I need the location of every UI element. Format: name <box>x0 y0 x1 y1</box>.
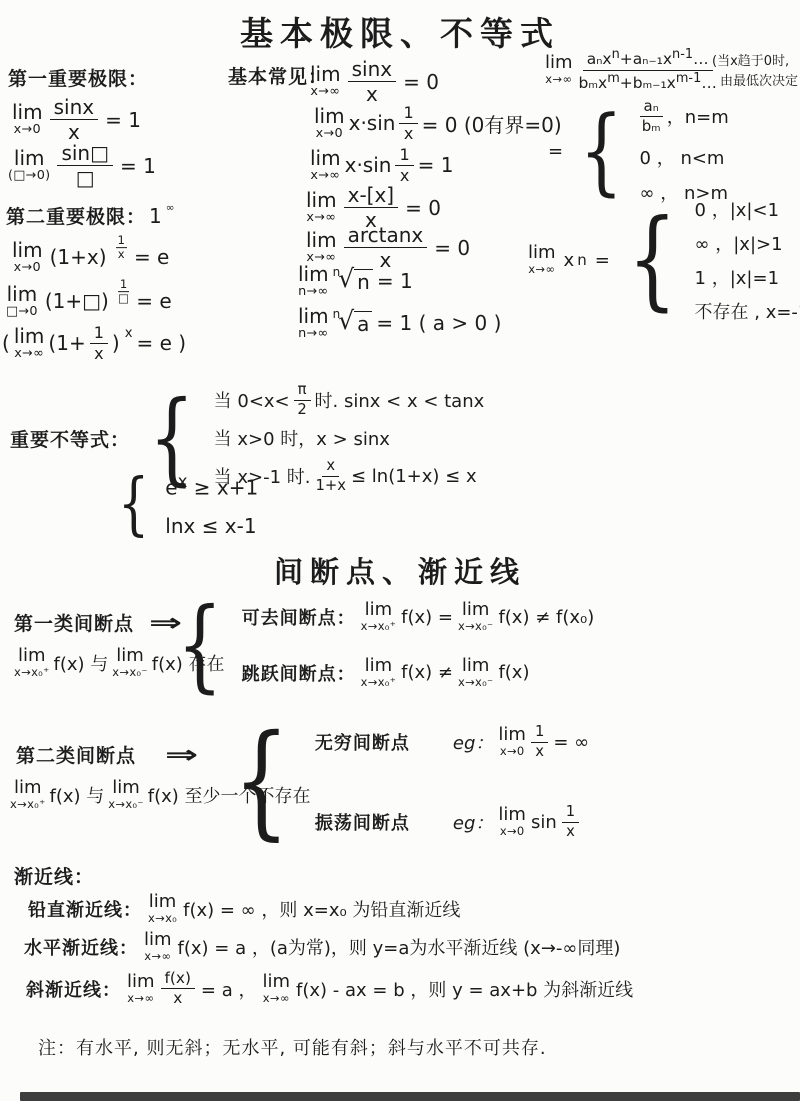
num-part: aₙx <box>587 50 612 68</box>
fraction-denominator: bₘ <box>642 117 661 135</box>
inequality-text: 当 0<x< <box>214 387 290 413</box>
handwritten-notes-page: { "titles": { "main": "基本极限、不等式", "secon… <box>0 0 800 1101</box>
lim-word: lim <box>112 779 140 797</box>
radicand: n <box>354 269 373 294</box>
case-mid: f(x) ≠ <box>401 662 453 683</box>
radicand: a <box>354 311 372 336</box>
limit-operator: limx→0 <box>12 102 43 137</box>
infinite-discontinuity: 无穷间断点 eg： limx→0 1x = ∞ <box>315 724 589 760</box>
lim-subscript: x→∞ <box>127 993 154 1005</box>
fraction-numerator: f(x) <box>161 970 195 989</box>
asymptote-label: 铅直渐近线： <box>28 896 142 922</box>
lim-subscript: x→x₀⁻ <box>108 799 143 811</box>
lim-subscript: x→∞ <box>528 264 555 276</box>
exp-rhs: ≥ x+1 <box>194 476 258 500</box>
inequality-text: ≤ ln(1+x) ≤ x <box>351 466 477 487</box>
fraction-numerator: x <box>322 458 339 477</box>
lim-subscript: x→∞ <box>144 951 171 963</box>
eg-label: eg： <box>453 729 494 755</box>
radical-sign: √ <box>338 266 354 291</box>
open-paren: ( <box>2 331 10 355</box>
formula-1-plus-box-pow: lim□→0 (1+□)1□ = e <box>6 284 172 319</box>
lim-word: lim <box>12 240 43 260</box>
first-type-label: 第一类间断点 <box>14 609 134 636</box>
brace-symbol: { <box>580 109 624 195</box>
lim-subscript: x→∞ <box>263 993 290 1005</box>
lim-subscript: n→∞ <box>298 286 328 299</box>
formula-sinx-over-x-inf: limx→∞ sinxx = 0 <box>310 58 439 106</box>
expression-base: (1+x) <box>50 245 107 269</box>
lim-subscript: x→x₀⁺ <box>361 621 396 633</box>
condition-text: f(x) 与 <box>53 650 108 676</box>
lim-word: lim <box>18 647 46 665</box>
root-index: n <box>333 265 341 279</box>
vertical-asymptote-line: 铅直渐近线： limx→x₀ f(x) = ∞ ，则 x=x₀ 为铅直渐近线 <box>28 893 460 925</box>
case-abs-gt-1: ∞ ，|x|>1 <box>695 230 800 256</box>
margin-note-line1: (当x趋于0时, <box>712 52 800 72</box>
limit-operator: limx→∞ <box>144 931 172 963</box>
fraction: π2 <box>294 382 311 418</box>
equals-sign: = <box>548 141 563 162</box>
limit-operator: limx→∞ <box>262 973 290 1005</box>
num-exp: n <box>612 47 620 62</box>
asymptote-label: 斜渐近线： <box>26 976 121 1002</box>
num-part: … <box>693 50 709 68</box>
lim-subscript: x→∞ <box>310 170 340 183</box>
nth-root: n√a <box>333 311 373 336</box>
fraction-numerator: sinx <box>50 96 99 120</box>
fraction-denominator: x <box>566 823 575 841</box>
fraction: 1x <box>90 324 108 363</box>
limit-operator: limx→x₀⁻ <box>108 779 143 811</box>
oscillating-discontinuity: 振荡间断点 eg： limx→0 sin 1x <box>315 804 589 840</box>
equals-result: = 1 <box>377 269 413 293</box>
lim-subscript: x→x₀⁺ <box>361 677 396 689</box>
formula-x-pow-n-limit: limx→∞ xn = { 0 ，|x|<1 ∞ ，|x|>1 1 ，|x|=1… <box>528 196 800 324</box>
lim-subscript: x→0 <box>14 262 41 275</box>
fraction-denominator: 1+x <box>316 477 346 495</box>
limit-operator: limx→x₀⁺ <box>14 647 49 679</box>
inequality-exp: ex ≥ x+1 <box>165 472 258 500</box>
formula-1-plus-x-pow: limx→0 (1+x)1x = e <box>12 240 169 275</box>
implies-arrow-icon: ⇒ <box>165 740 199 769</box>
fraction: sinxx <box>348 58 397 106</box>
lim-subscript: □→0 <box>6 306 38 319</box>
fraction-numerator: sin□ <box>57 142 113 166</box>
fraction: 1x <box>399 104 417 143</box>
limit-operator: limx→0 <box>498 726 526 758</box>
section-title-discontinuity: 间断点、渐近线 <box>0 550 800 591</box>
lim-word: lim <box>116 647 144 665</box>
fraction-numerator: 1 <box>395 146 413 166</box>
lim-subscript: x→∞ <box>545 74 572 86</box>
expression-pre: (1+ <box>48 331 85 355</box>
section-label: 第二重要极限： <box>6 202 146 229</box>
brace-symbol: { <box>233 726 290 838</box>
den-part: bₘx <box>579 74 608 92</box>
case-n-less-m: 0 ， n<m <box>640 144 729 170</box>
asymptote-text: f(x) = ∞ ，则 x=x₀ 为铅直渐近线 <box>183 896 460 922</box>
lim-subscript: n→∞ <box>298 328 328 341</box>
fraction-denominator: bₘxm+bₘ₋₁xm-1… <box>579 71 717 93</box>
lim-word: lim <box>310 148 341 168</box>
lim-subscript: x→0 <box>14 124 41 137</box>
equals-result: = 1 <box>120 154 156 178</box>
fraction: 1x <box>395 146 413 185</box>
one-to-infinity-base: 1 <box>149 204 162 228</box>
lim-word: lim <box>144 931 172 949</box>
fraction-denominator: x <box>94 344 103 363</box>
limit-operator: limn→∞ <box>298 264 329 299</box>
fraction-numerator: arctanx <box>344 224 428 248</box>
num-exp: n-1 <box>672 47 693 62</box>
fraction-numerator: aₙxn+aₙ₋₁xn-1… <box>583 48 713 71</box>
brace-symbol: { <box>149 393 195 483</box>
fraction: aₙxn+aₙ₋₁xn-1… bₘxm+bₘ₋₁xm-1… <box>579 48 717 92</box>
fraction: sinxx <box>50 96 99 144</box>
asymptote-text: f(x) = a ，(a为常)，则 y=a为水平渐近线 (x→-∞同理) <box>178 934 621 960</box>
exp-numerator: 1 <box>116 234 127 249</box>
exponent-fraction: 1□ <box>118 278 129 306</box>
equals-result: = 0 <box>405 196 441 220</box>
margin-note-line2: 由最低次决定 <box>712 72 800 92</box>
nth-root: n√n <box>333 269 373 294</box>
exp-base: e <box>165 476 177 500</box>
asymptote-mid: = a ， <box>201 976 257 1002</box>
section-second-important-limit: 第二重要极限： 1∞ <box>6 202 175 229</box>
case-condition: ，n=m <box>667 103 729 129</box>
limit-operator: limx→∞ <box>14 326 45 361</box>
asymptote-text: f(x) - ax = b ，则 y = ax+b 为斜渐近线 <box>296 976 633 1002</box>
inequality-ln: lnx ≤ x-1 <box>165 514 258 538</box>
limit-operator: limx→∞ <box>310 64 341 99</box>
fraction-numerator: 1 <box>90 324 108 344</box>
oblique-asymptote-line: 斜渐近线： limx→∞ f(x)x = a ， limx→∞ f(x) - a… <box>26 970 633 1007</box>
horizontal-asymptote-line: 水平渐近线： limx→∞ f(x) = a ，(a为常)，则 y=a为水平渐近… <box>24 931 620 963</box>
formula-nth-root-n: limn→∞ n√n = 1 <box>298 264 413 299</box>
num-part: +aₙ₋₁x <box>620 50 672 68</box>
case-tail: f(x) <box>498 662 529 683</box>
case-abs-lt-1: 0 ，|x|<1 <box>695 196 800 222</box>
case-mid: f(x) = <box>401 607 453 628</box>
limit-operator: lim□→0 <box>6 284 38 319</box>
exp-denominator: x <box>118 249 125 262</box>
exponent-fraction: 1x <box>116 234 127 262</box>
case-not-exist: 不存在 , x=-1 <box>695 298 800 324</box>
equals-result: = 0 <box>434 236 470 260</box>
limit-operator: limx→∞ <box>306 190 337 225</box>
eg-label: eg： <box>453 809 494 835</box>
lim-word: lim <box>365 657 393 675</box>
lim-word: lim <box>310 64 341 84</box>
equals-result: = 0 (0有界=0) <box>422 109 562 138</box>
limit-operator: limx→x₀⁺ <box>361 657 396 689</box>
one-to-infinity-sup: ∞ <box>166 202 175 214</box>
root-index: n <box>333 307 341 321</box>
inequality-group-2: { ex ≥ x+1 lnx ≤ x-1 <box>112 472 258 538</box>
expression-base: (1+□) <box>45 289 109 313</box>
equals-result: = 0 <box>403 70 439 94</box>
fraction-numerator: 1 <box>399 104 417 124</box>
lim-word: lim <box>298 306 329 326</box>
case-label: 无穷间断点 <box>315 729 410 755</box>
margin-note: (当x趋于0时, 由最低次决定 <box>712 52 800 91</box>
lim-word: lim <box>14 779 42 797</box>
fraction: x1+x <box>316 458 346 494</box>
exp-sup: x <box>178 472 188 491</box>
lim-subscript: x→x₀⁻ <box>458 677 493 689</box>
scan-edge-bar <box>20 1092 800 1101</box>
equals-result: = 1 ( a > 0 ) <box>376 311 501 335</box>
fraction-denominator: x <box>173 989 182 1007</box>
lim-subscript: x→x₀ <box>148 913 177 925</box>
fraction-numerator: sinx <box>348 58 397 82</box>
lim-word: lim <box>498 806 526 824</box>
limit-operator: limx→x₀⁺ <box>10 779 45 811</box>
lim-word: lim <box>14 326 45 346</box>
inequality-line-1: 当 0<x< π2 时. sinx < x < tanx <box>214 382 485 418</box>
lim-word: lim <box>498 726 526 744</box>
lim-word: lim <box>262 973 290 991</box>
fraction: f(x)x <box>161 970 195 1007</box>
case-n-equals-m: aₙbₘ ，n=m <box>640 98 729 135</box>
expression-pre: x·sin <box>345 153 392 177</box>
formula-sinx-over-x: limx→0 sinxx = 1 <box>12 96 141 144</box>
limit-operator: limx→∞ <box>545 54 573 86</box>
lim-word: lim <box>306 230 337 250</box>
second-type-cases: { 无穷间断点 eg： limx→0 1x = ∞ 振荡间断点 eg： limx… <box>222 724 589 840</box>
asymptote-label: 水平渐近线： <box>24 934 138 960</box>
limit-operator: limx→0 <box>498 806 526 838</box>
den-exp: m-1 <box>676 71 701 86</box>
expression-pre: x·sin <box>349 111 396 135</box>
second-type-label: 第二类间断点 <box>16 741 136 768</box>
limit-operator: limx→x₀⁻ <box>112 647 147 679</box>
case-tail: f(x) ≠ f(x₀) <box>498 607 594 628</box>
lim-word: lim <box>365 601 393 619</box>
first-type-cases: { 可去间断点： limx→x₀⁺ f(x) = limx→x₀⁻ f(x) ≠… <box>168 600 594 690</box>
limit-operator: limx→∞ <box>127 973 155 1005</box>
case-label: 振荡间断点 <box>315 809 410 835</box>
lim-subscript: x→0 <box>500 826 525 838</box>
lim-word: lim <box>306 190 337 210</box>
expression-base: x <box>564 250 575 271</box>
den-part: +bₘ₋₁x <box>620 74 676 92</box>
lim-word: lim <box>12 102 43 122</box>
lim-subscript: x→x₀⁺ <box>14 667 49 679</box>
den-exp: m <box>607 71 620 86</box>
case-label: 可去间断点： <box>242 604 356 630</box>
brace-symbol: { <box>627 211 676 308</box>
expression-exp: n <box>577 251 587 269</box>
formula-rational-limit: limx→∞ aₙxn+aₙ₋₁xn-1… bₘxm+bₘ₋₁xm-1… <box>545 48 717 92</box>
limit-operator: limx→x₀⁻ <box>458 657 493 689</box>
lim-word: lim <box>545 54 573 72</box>
fraction: aₙbₘ <box>640 98 663 135</box>
limit-operator: limx→0 <box>12 240 43 275</box>
lim-subscript: x→x₀⁻ <box>458 621 493 633</box>
brace-symbol: { <box>177 600 223 690</box>
formula-x-sin-1-over-x-at-inf: limx→∞ x·sin 1x = 1 <box>310 146 454 185</box>
lim-word: lim <box>462 601 490 619</box>
lim-word: lim <box>298 264 329 284</box>
limit-operator: limx→∞ <box>528 244 556 276</box>
lim-subscript: x→0 <box>500 746 525 758</box>
limit-operator: limx→x₀ <box>148 893 177 925</box>
fraction-denominator: □ <box>76 166 95 189</box>
equals-result: = 1 <box>418 153 454 177</box>
jump-discontinuity: 跳跃间断点： limx→x₀⁺ f(x) ≠ limx→x₀⁻ f(x) <box>242 657 595 689</box>
limit-operator: limx→∞ <box>310 148 341 183</box>
exp-numerator: 1 <box>118 278 129 293</box>
lim-word: lim <box>14 148 45 168</box>
fraction-denominator: x <box>366 82 378 105</box>
lim-word: lim <box>528 244 556 262</box>
equals-result: = e <box>136 289 171 313</box>
case-abs-eq-1: 1 ，|x|=1 <box>695 264 800 290</box>
lim-subscript: x→x₀⁻ <box>112 667 147 679</box>
fraction-denominator: 2 <box>297 401 306 419</box>
formula-sin-box-over-box: lim(□→0) sin□□ = 1 <box>8 142 156 190</box>
limit-operator: lim(□→0) <box>8 148 50 183</box>
condition-text: f(x) 与 <box>49 782 104 808</box>
brace-symbol: { <box>118 474 149 535</box>
fraction: 1x <box>531 724 548 760</box>
section-first-important-limit: 第一重要极限： <box>8 64 148 91</box>
lim-subscript: x→0 <box>316 128 343 141</box>
fraction-denominator: x <box>404 124 413 143</box>
radical-sign: √ <box>338 308 354 333</box>
lim-subscript: x→∞ <box>14 348 44 361</box>
lim-word: lim <box>462 657 490 675</box>
limit-operator: limx→0 <box>314 106 345 141</box>
rational-limit-cases: = { aₙbₘ ，n=m 0 ， n<m ∞ ， n>m <box>548 98 729 205</box>
equals-sign: = <box>595 250 610 271</box>
fraction-denominator: x <box>400 166 409 185</box>
fraction-numerator: 1 <box>562 804 579 823</box>
removable-discontinuity: 可去间断点： limx→x₀⁺ f(x) = limx→x₀⁻ f(x) ≠ f… <box>242 601 595 633</box>
inequality-line-2: 当 x>0 时，x > sinx <box>214 425 485 451</box>
limit-operator: limx→x₀⁻ <box>458 601 493 633</box>
equals-result: = e <box>134 245 169 269</box>
lim-subscript: x→∞ <box>310 86 340 99</box>
formula-e-limit-paren: ( limx→∞ (1+1x)x = e ) <box>2 324 186 363</box>
lim-word: lim <box>7 284 38 304</box>
limit-operator: limx→x₀⁺ <box>361 601 396 633</box>
equals-result: = 1 <box>105 108 141 132</box>
footnote: 注：有水平, 则无斜；无水平, 可能有斜；斜与水平不可共存. <box>38 1034 547 1060</box>
limit-operator: limn→∞ <box>298 306 329 341</box>
lim-word: lim <box>127 973 155 991</box>
case-label: 跳跃间断点： <box>242 660 356 686</box>
exponent-x: x <box>125 326 133 341</box>
expression-pre: sin <box>531 812 557 833</box>
lim-word: lim <box>149 893 177 911</box>
limit-operator: limx→∞ <box>306 230 337 265</box>
fraction-denominator: x <box>535 743 544 761</box>
equals-result: = e ) <box>137 331 187 355</box>
formula-nth-root-a: limn→∞ n√a = 1 ( a > 0 ) <box>298 306 501 341</box>
lim-subscript: (□→0) <box>8 170 50 183</box>
exp-denominator: □ <box>118 293 129 306</box>
lim-subscript: x→x₀⁺ <box>10 799 45 811</box>
fraction: sin□□ <box>57 142 113 190</box>
fraction-numerator: π <box>294 382 311 401</box>
section-label: 重要不等式： <box>10 425 130 452</box>
inequality-text: 时. sinx < x < tanx <box>315 387 485 413</box>
fraction-numerator: aₙ <box>640 98 663 117</box>
fraction: 1x <box>562 804 579 840</box>
fraction-numerator: 1 <box>531 724 548 743</box>
fraction-numerator: x-[x] <box>344 184 399 208</box>
section-asymptotes: 渐近线： <box>14 862 94 889</box>
close-paren: ) <box>112 331 120 355</box>
formula-x-sin-1-over-x-at-0: limx→0 x·sin 1x = 0 (0有界=0) <box>314 104 562 143</box>
equals-result: = ∞ <box>553 732 589 753</box>
lim-word: lim <box>314 106 345 126</box>
